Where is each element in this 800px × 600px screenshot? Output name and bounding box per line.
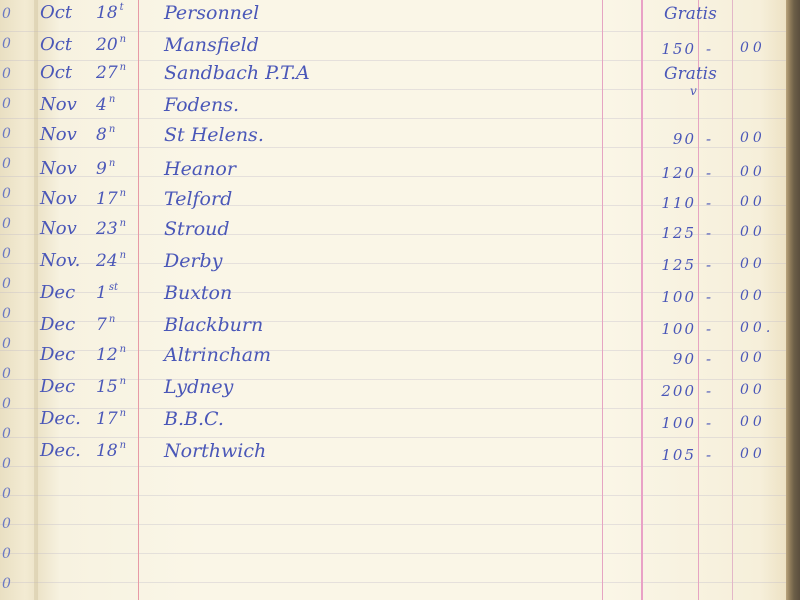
margin-zero-mark: 0: [2, 306, 11, 322]
entry-description: Personnel: [164, 2, 259, 24]
entry-month: Nov: [40, 188, 77, 209]
entry-month: Oct: [40, 34, 72, 55]
entry-cents: 00: [740, 194, 766, 210]
entry-day-suffix: n: [109, 124, 115, 135]
entry-month: Nov: [40, 218, 77, 239]
entry-dash: -: [706, 194, 711, 212]
entry-day-number: 18: [96, 3, 118, 23]
margin-zero-mark: 0: [2, 486, 11, 502]
entry-dash: -: [706, 256, 711, 274]
entry-description: Fodens.: [164, 94, 239, 116]
entry-month: Dec: [40, 282, 75, 303]
gratis-tick: v: [690, 84, 697, 98]
entry-cents: 00: [740, 130, 766, 146]
entry-day: 12n: [96, 344, 126, 365]
entry-dash: -: [706, 164, 711, 182]
entry-description: Mansfield: [164, 34, 259, 56]
entry-description: Northwich: [164, 440, 266, 462]
entry-day-number: 17: [96, 409, 118, 429]
entry-amount: 90: [636, 350, 696, 368]
entry-amount: 150: [636, 40, 696, 58]
entry-month: Dec: [40, 376, 75, 397]
entry-day-suffix: n: [120, 440, 126, 451]
entry-day-number: 24: [96, 251, 118, 271]
margin-zero-mark: 0: [2, 246, 11, 262]
entry-dash: -: [706, 130, 711, 148]
margin-zero-mark: 0: [2, 6, 11, 22]
entry-day-number: 27: [96, 63, 118, 83]
entry-dash: -: [706, 350, 711, 368]
entry-cents: 00: [740, 446, 766, 462]
entry-description: Buxton: [164, 282, 232, 304]
entry-day: 15n: [96, 376, 126, 397]
margin-zero-mark: 0: [2, 276, 11, 292]
margin-zero-mark: 0: [2, 426, 11, 442]
entry-month: Dec.: [40, 440, 81, 461]
entry-day-number: 12: [96, 345, 118, 365]
entry-day-suffix: n: [120, 408, 126, 419]
margin-zero-mark: 0: [2, 546, 11, 562]
entry-dash: -: [706, 382, 711, 400]
entry-amount: 120: [636, 164, 696, 182]
entry-cents: 00: [740, 164, 766, 180]
entry-amount: 100: [636, 414, 696, 432]
entry-month: Oct: [40, 62, 72, 83]
entry-day-number: 4: [96, 95, 107, 115]
entry-amount: 100: [636, 320, 696, 338]
entry-day-suffix: n: [109, 94, 115, 105]
margin-zero-mark: 0: [2, 456, 11, 472]
entry-dash: -: [706, 446, 711, 464]
entry-day-suffix: n: [120, 250, 126, 261]
entry-dash: -: [706, 320, 711, 338]
entry-cents: 00: [740, 382, 766, 398]
entry-day-suffix: n: [120, 188, 126, 199]
entry-day-number: 9: [96, 159, 107, 179]
entry-month: Nov.: [40, 250, 80, 271]
entry-amount: 100: [636, 288, 696, 306]
entry-day-number: 20: [96, 35, 118, 55]
entry-gratis: Gratis: [664, 4, 717, 24]
entry-day-suffix: n: [120, 218, 126, 229]
entry-day-suffix: n: [120, 62, 126, 73]
entry-gratis: Gratis: [664, 64, 717, 84]
entry-day: 27n: [96, 62, 126, 83]
entry-description: Derby: [164, 250, 222, 272]
margin-zero-mark: 0: [2, 126, 11, 142]
entry-day: 17n: [96, 408, 126, 429]
entry-description: St Helens.: [164, 124, 264, 146]
margin-zero-mark: 0: [2, 216, 11, 232]
entry-day-number: 8: [96, 125, 107, 145]
margin-zero-mark: 0: [2, 156, 11, 172]
margin-zero-mark: 0: [2, 66, 11, 82]
margin-zero-mark: 0: [2, 516, 11, 532]
entry-day-number: 18: [96, 441, 118, 461]
page-fold: [34, 0, 38, 600]
amount-column-rule-1: [602, 0, 603, 600]
entry-cents: 00: [740, 350, 766, 366]
entry-month: Oct: [40, 2, 72, 23]
entry-description: Altrincham: [164, 344, 271, 366]
entry-dash: -: [706, 224, 711, 242]
entry-cents: 00: [740, 40, 766, 56]
entry-cents: 00: [740, 288, 766, 304]
entry-description: Blackburn: [164, 314, 263, 336]
margin-zero-mark: 0: [2, 96, 11, 112]
entry-amount: 110: [636, 194, 696, 212]
entry-day: 20n: [96, 34, 126, 55]
entry-day-suffix: n: [120, 344, 126, 355]
entry-day: 17n: [96, 188, 126, 209]
entry-description: Sandbach P.T.A: [164, 62, 310, 84]
amount-column-rule-4: [732, 0, 733, 600]
entry-day-suffix: n: [120, 34, 126, 45]
margin-zero-mark: 0: [2, 36, 11, 52]
entry-day: 1st: [96, 282, 118, 303]
entry-day-suffix: n: [109, 314, 115, 325]
margin-zero-mark: 0: [2, 336, 11, 352]
entry-day-suffix: n: [120, 376, 126, 387]
entry-dash: -: [706, 414, 711, 432]
entry-amount: 90: [636, 130, 696, 148]
entry-day-number: 17: [96, 189, 118, 209]
entry-day: 8n: [96, 124, 115, 145]
entry-day-suffix: n: [109, 158, 115, 169]
entry-day-number: 1: [96, 283, 107, 303]
margin-zero-mark: 0: [2, 576, 11, 592]
margin-zero-mark: 0: [2, 186, 11, 202]
entry-month: Dec.: [40, 408, 81, 429]
entry-description: Telford: [164, 188, 232, 210]
entry-day-number: 7: [96, 315, 107, 335]
entry-month: Dec: [40, 344, 75, 365]
entry-amount: 125: [636, 256, 696, 274]
entry-day: 7n: [96, 314, 115, 335]
entry-day-number: 15: [96, 377, 118, 397]
entry-amount: 200: [636, 382, 696, 400]
book-edge: [786, 0, 800, 600]
date-column-rule: [138, 0, 139, 600]
entry-day: 18t: [96, 2, 124, 23]
entry-day: 23n: [96, 218, 126, 239]
entry-day: 18n: [96, 440, 126, 461]
entry-cents: 00.: [740, 320, 774, 336]
entry-amount: 105: [636, 446, 696, 464]
ledger-page: Oct18tPersonnelGratisOct20nMansfield150-…: [0, 0, 786, 600]
entry-day-suffix: st: [109, 282, 118, 293]
margin-zero-mark: 0: [2, 366, 11, 382]
entry-day: 4n: [96, 94, 115, 115]
entry-dash: -: [706, 288, 711, 306]
amount-column-rule-3: [698, 0, 699, 600]
entry-month: Dec: [40, 314, 75, 335]
entry-day: 9n: [96, 158, 115, 179]
entry-day: 24n: [96, 250, 126, 271]
entry-description: Stroud: [164, 218, 230, 240]
entry-cents: 00: [740, 414, 766, 430]
entry-month: Nov: [40, 124, 77, 145]
entry-cents: 00: [740, 256, 766, 272]
entry-month: Nov: [40, 158, 77, 179]
margin-zero-mark: 0: [2, 396, 11, 412]
entry-amount: 125: [636, 224, 696, 242]
entry-month: Nov: [40, 94, 77, 115]
entry-dash: -: [706, 40, 711, 58]
entry-day-suffix: t: [120, 2, 124, 13]
entry-description: Lydney: [164, 376, 233, 398]
entry-day-number: 23: [96, 219, 118, 239]
entry-description: B.B.C.: [164, 408, 224, 430]
entry-cents: 00: [740, 224, 766, 240]
entry-description: Heanor: [164, 158, 236, 180]
